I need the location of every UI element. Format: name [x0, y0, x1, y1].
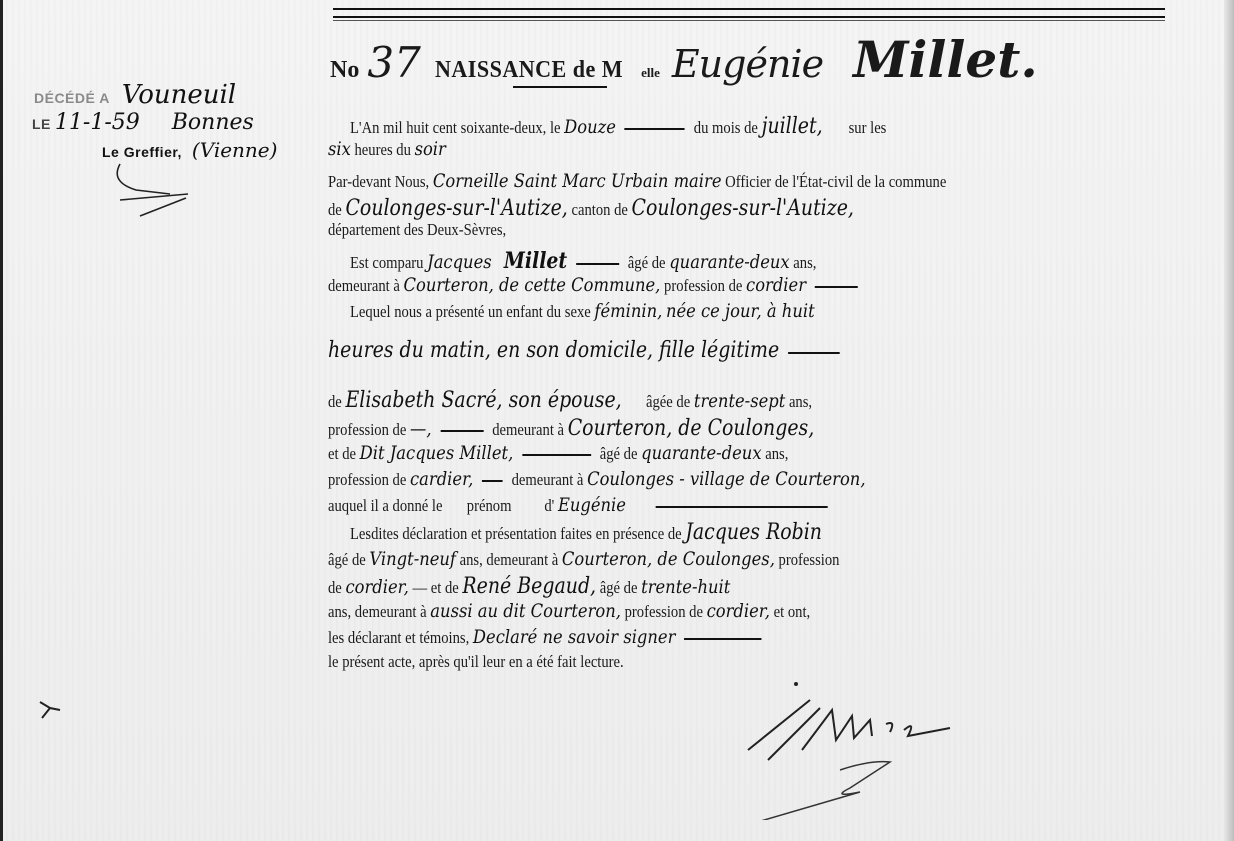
department: (Vienne) [192, 138, 278, 162]
handwritten-witness-2: René Begaud, [462, 574, 596, 599]
record-line-mother-profession: profession de —, demeurant à Courteron, … [328, 416, 814, 441]
printed-text: Par-devant Nous, [328, 172, 429, 191]
record-line-date: L'An mil huit cent soixante-deux, le Dou… [350, 114, 886, 139]
handwritten-birth-time: heures du matin, en son domicile, fille … [328, 338, 779, 363]
printed-text: heures du [354, 140, 410, 159]
printed-text: Est comparu [350, 253, 423, 272]
handwritten-witness-1-profession: cordier, [345, 576, 408, 598]
printed-text: de [328, 392, 342, 411]
printed-text: auquel il a donné le [328, 496, 442, 515]
title-underline [513, 86, 607, 88]
handwritten-witness-1-residence: Courteron, de Coulonges, [562, 548, 775, 570]
fill-line [788, 352, 840, 354]
record-line-witness-2-details: ans, demeurant à aussi au dit Courteron,… [328, 600, 810, 622]
handwritten-witness-2-residence: aussi au dit Courteron, [430, 600, 621, 622]
deceased-place: Vouneuil [122, 80, 236, 110]
printed-text: de [328, 578, 342, 597]
record-line-declarant: Est comparu Jacques Millet âgé de quaran… [350, 248, 816, 274]
handwritten-time-of-day: soir [415, 138, 446, 160]
record-number-label: No [330, 57, 359, 84]
record-line-birth-time: heures du matin, en son domicile, fille … [328, 338, 845, 363]
printed-text: sur les [849, 118, 887, 137]
record-line-department: département des Deux-Sèvres, [328, 220, 506, 240]
stamp-deceased: DÉCÉDÉ A [34, 90, 110, 106]
margin-tick-icon [36, 700, 66, 720]
death-date-line: LE 11-1-59 Bonnes [32, 110, 254, 135]
record-line-given-name: auquel il a donné le prénom d' Eugénie [328, 494, 833, 516]
stamp-clerk: Le Greffier, [102, 144, 182, 160]
clerk-flourish-icon [110, 160, 200, 220]
printed-text: ans, demeurant à [328, 602, 427, 621]
handwritten-witness-2-profession: cordier, [707, 600, 770, 622]
handwritten-mother-name: Elisabeth Sacré, son épouse, [345, 388, 621, 413]
printed-text: ans, [765, 444, 788, 463]
fill-line [522, 454, 591, 456]
printed-text: le présent acte, après qu'il leur en a é… [328, 652, 624, 671]
record-line-closing: le présent acte, après qu'il leur en a é… [328, 652, 624, 672]
printed-text: demeurant à [512, 470, 584, 489]
deceased-date: 11-1-59 [55, 110, 140, 135]
deceased-place-2: Bonnes [172, 110, 254, 135]
record-title: No 37 NAISSANCE de M elle Eugénie Millet… [330, 30, 1038, 90]
page-binding-edge [1224, 0, 1234, 841]
header-rule [333, 20, 1165, 21]
handwritten-mother-residence: Courteron, de Coulonges, [568, 416, 815, 441]
handwritten-month: juillet, [762, 114, 823, 139]
printed-text: canton de [571, 200, 627, 219]
printed-text: du mois de [694, 118, 758, 137]
document-page: No 37 NAISSANCE de M elle Eugénie Millet… [0, 0, 1234, 841]
given-name: Eugénie [672, 42, 823, 86]
printed-text: demeurant à [328, 276, 400, 295]
record-line-residence: demeurant à Courteron, de cette Commune,… [328, 274, 863, 296]
printed-text: ans, demeurant à [460, 550, 559, 569]
death-note-line: DÉCÉDÉ A Vouneuil [34, 80, 236, 110]
printed-text: âgé de [600, 578, 638, 597]
handwritten-sex: féminin, [594, 300, 662, 322]
printed-text: d' [544, 496, 554, 515]
printed-text: ans, [793, 253, 816, 272]
handwritten-profession: cardier, [410, 468, 473, 490]
record-line-witness-1-details: âgé de Vingt-neuf ans, demeurant à Court… [328, 548, 839, 570]
printed-text: département des Deux-Sèvres, [328, 220, 506, 239]
page-left-edge [0, 0, 3, 841]
honorific-suffix: elle [641, 65, 660, 81]
handwritten-hour: six [328, 138, 351, 160]
record-line-father-profession: profession de cardier, demeurant à Coulo… [328, 468, 866, 490]
printed-text: — et de [412, 578, 458, 597]
handwritten-father-age: quarante-deux [669, 251, 789, 273]
printed-text: âgé de [600, 444, 638, 463]
handwritten-father-given-name: Jacques [427, 251, 491, 273]
printed-text: âgé de [628, 253, 666, 272]
printed-text: âgé de [328, 550, 366, 569]
printed-text: de [328, 200, 342, 219]
printed-text: et de [328, 444, 356, 463]
fill-line [655, 506, 827, 508]
clerk-line: Le Greffier, (Vienne) [102, 138, 277, 162]
fill-line [576, 263, 619, 265]
printed-text: profession de [625, 602, 703, 621]
record-line-hour: six heures du soir [328, 138, 446, 160]
fill-line [625, 128, 685, 130]
handwritten-canton: Coulonges-sur-l'Autize, [632, 196, 854, 221]
handwritten-residence: Coulonges - village de Courteron, [587, 468, 865, 490]
handwritten-father-surname: Millet [504, 248, 567, 274]
printed-text: L'An mil huit cent soixante-deux, le [350, 118, 561, 137]
record-line-child-sex: Lequel nous a présenté un enfant du sexe… [350, 300, 815, 322]
handwritten-profession: cordier [746, 274, 806, 296]
handwritten-given-name: Eugénie [558, 494, 626, 516]
printed-text: les déclarant et témoins, [328, 628, 469, 647]
printed-text: profession [779, 550, 840, 569]
handwritten-residence: Courteron, de cette Commune, [404, 274, 661, 296]
header-rule [333, 8, 1165, 10]
record-line-officer: Par-devant Nous, Corneille Saint Marc Ur… [328, 170, 946, 192]
printed-text: demeurant à [492, 420, 564, 439]
printed-text: Lesdites déclaration et présentation fai… [350, 524, 682, 543]
stamp-date-label: LE [32, 116, 51, 132]
header-rule [333, 16, 1165, 18]
handwritten-officer-name: Corneille Saint Marc Urbain maire [433, 170, 722, 192]
printed-text: Officier de l'État-civil de la commune [725, 172, 946, 191]
printed-text: profession de [328, 420, 406, 439]
handwritten-day: Douze [564, 116, 616, 138]
record-line-signature-statement: les déclarant et témoins, Declaré ne sav… [328, 626, 767, 648]
fill-line [815, 286, 858, 288]
handwritten-father-name: Dit Jacques Millet, [360, 442, 514, 464]
printed-text: prénom [467, 496, 512, 515]
handwritten-witness-1-age: Vingt-neuf [369, 548, 456, 570]
fill-line [684, 638, 761, 640]
handwritten-birth-details: née ce jour, à huit [666, 300, 815, 322]
record-number: 37 [367, 38, 420, 87]
record-line-mother: de Elisabeth Sacré, son épouse, âgée de … [328, 388, 812, 413]
handwritten-witness-2-age: trente-huit [641, 576, 730, 598]
printed-text: ans, [789, 392, 812, 411]
printed-text: profession de [664, 276, 742, 295]
handwritten-witness-1: Jacques Robin [685, 520, 822, 545]
printed-text: âgée de [646, 392, 690, 411]
record-line-witness-2: de cordier, — et de René Begaud, âgé de … [328, 574, 730, 599]
handwritten-signature-statement: Declaré ne savoir signer [473, 626, 675, 648]
handwritten-mother-age: trente-sept [694, 390, 785, 412]
record-type-title: NAISSANCE de M [435, 57, 623, 84]
record-line-commune: de Coulonges-sur-l'Autize, canton de Cou… [328, 196, 854, 221]
handwritten-mother-profession: —, [410, 418, 432, 440]
printed-text: profession de [328, 470, 406, 489]
fill-line [440, 430, 483, 432]
printed-text: et ont, [774, 602, 811, 621]
printed-text: Lequel nous a présenté un enfant du sexe [350, 302, 591, 321]
surname: Millet. [853, 30, 1038, 89]
mayor-signature-icon [740, 680, 980, 820]
handwritten-age: quarante-deux [641, 442, 761, 464]
record-line-witnesses: Lesdites déclaration et présentation fai… [350, 520, 822, 545]
handwritten-commune: Coulonges-sur-l'Autize, [345, 196, 567, 221]
record-line-witness-father: et de Dit Jacques Millet, âgé de quarant… [328, 442, 788, 464]
fill-line [482, 480, 503, 482]
